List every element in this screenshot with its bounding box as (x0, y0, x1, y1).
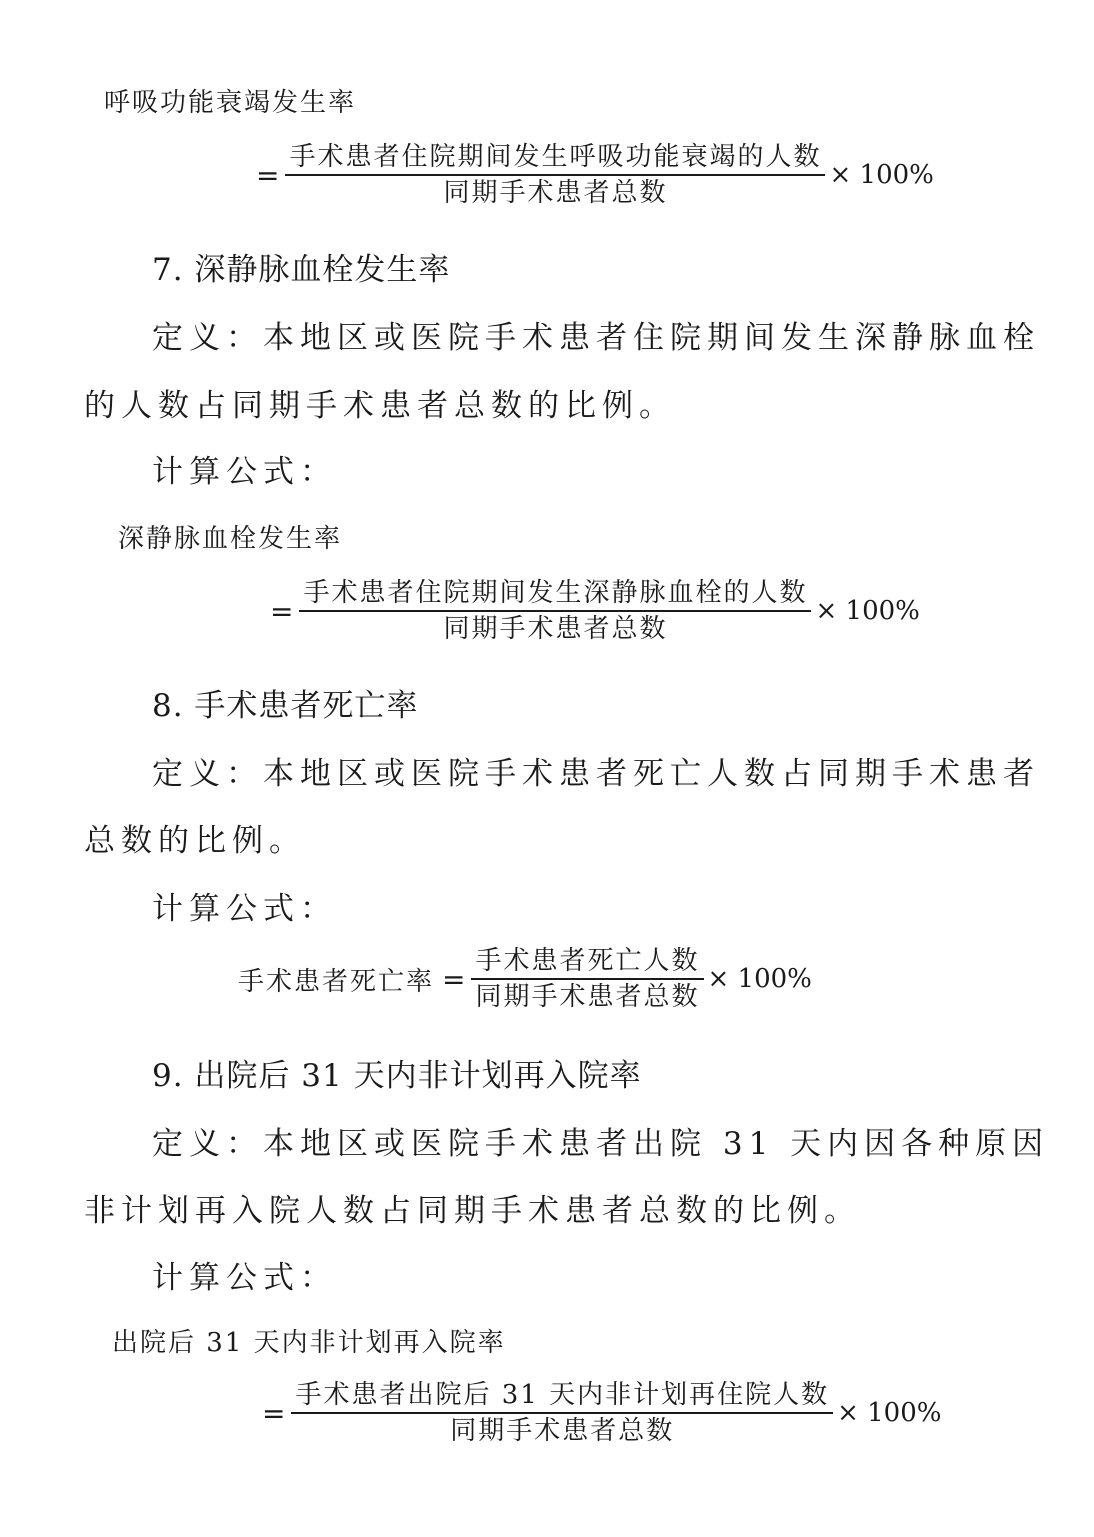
equals-sign: = (262, 1397, 285, 1430)
denominator: 同期手术患者总数 (471, 980, 703, 1014)
equals-sign: = (442, 963, 465, 996)
times-100-percent: × 100% (815, 596, 919, 626)
section-9-definition-2: 非计划再入院人数占同期手术患者总数的比例。 (84, 1185, 861, 1230)
equals-sign: = (270, 595, 293, 628)
formula-9-label: 出院后 31 天内非计划再入院率 (112, 1322, 506, 1359)
formula-6-label: 呼吸功能衰竭发生率 (104, 82, 356, 119)
formula-8-label: 手术患者死亡率 (238, 961, 434, 998)
section-9-heading: 9. 出院后 31 天内非计划再入院率 (152, 1050, 642, 1095)
section-9-calc: 计算公式： (152, 1252, 337, 1297)
section-8-heading: 8. 手术患者死亡率 (152, 680, 418, 725)
numerator: 手术患者住院期间发生深静脉血栓的人数 (299, 576, 811, 610)
numerator: 手术患者住院期间发生呼吸功能衰竭的人数 (285, 140, 825, 174)
section-7-definition-1: 定义：本地区或医院手术患者住院期间发生深静脉血栓 (152, 312, 1040, 357)
times-100-percent: × 100% (829, 160, 933, 190)
denominator: 同期手术患者总数 (439, 176, 671, 210)
denominator: 同期手术患者总数 (439, 612, 671, 646)
equals-sign: = (256, 159, 279, 192)
section-7-calc: 计算公式： (152, 446, 337, 491)
formula-7-label: 深静脉血栓发生率 (118, 518, 342, 555)
section-8-definition-2: 总数的比例。 (84, 815, 306, 860)
formula-8: 手术患者死亡率 = 手术患者死亡人数同期手术患者总数 × 100% (238, 944, 812, 1014)
denominator: 同期手术患者总数 (446, 1414, 678, 1448)
numerator: 手术患者死亡人数 (471, 944, 703, 978)
formula-6: = 手术患者住院期间发生呼吸功能衰竭的人数同期手术患者总数 × 100% (256, 140, 934, 210)
section-8-definition-1: 定义：本地区或医院手术患者死亡人数占同期手术患者 (152, 748, 1040, 793)
section-9-definition-1: 定义：本地区或医院手术患者出院 31 天内因各种原因 (152, 1118, 1049, 1163)
formula-7: = 手术患者住院期间发生深静脉血栓的人数同期手术患者总数 × 100% (270, 576, 920, 646)
section-7-heading: 7. 深静脉血栓发生率 (152, 244, 450, 289)
section-7-definition-2: 的人数占同期手术患者总数的比例。 (84, 380, 676, 425)
formula-9: = 手术患者出院后 31 天内非计划再住院人数同期手术患者总数 × 100% (262, 1378, 941, 1448)
times-100-percent: × 100% (708, 964, 812, 994)
times-100-percent: × 100% (837, 1398, 941, 1428)
numerator: 手术患者出院后 31 天内非计划再住院人数 (291, 1378, 833, 1412)
section-8-calc: 计算公式： (152, 883, 337, 928)
